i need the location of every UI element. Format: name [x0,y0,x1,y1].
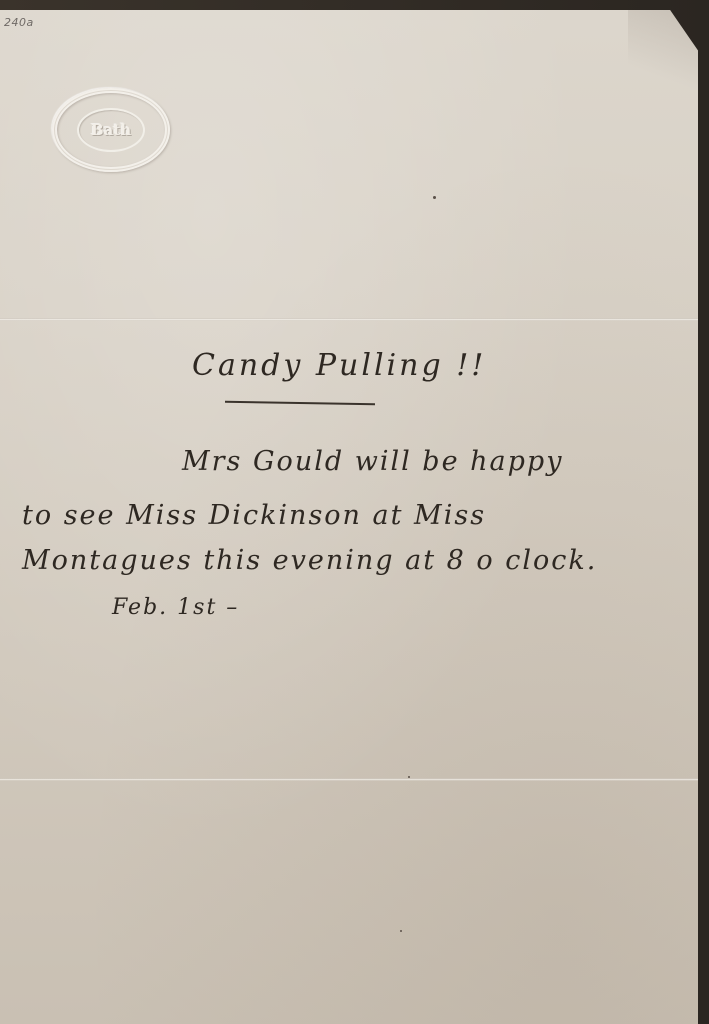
note-title: Candy Pulling !! [192,348,486,383]
bath-emboss-seal-icon: Bath [52,88,170,172]
fold-line-upper [0,318,698,321]
note-line-1: Mrs Gould will be happy [182,446,563,477]
catalog-number: 240a [4,16,34,29]
note-date: Feb. 1st – [112,595,239,620]
paper-speck [408,776,410,778]
letter-sheet: 240a Bath Candy Pulling !! Mrs Gould wil… [0,10,698,1024]
emboss-seal-center: Bath [77,108,145,152]
paper-speck [400,930,402,932]
note-line-3: Montagues this evening at 8 o clock. [22,545,597,576]
note-line-2: to see Miss Dickinson at Miss [22,500,486,531]
paper-speck [433,196,436,199]
fold-line-lower [0,778,698,781]
title-underline [225,401,375,405]
emboss-text: Bath [91,121,131,139]
